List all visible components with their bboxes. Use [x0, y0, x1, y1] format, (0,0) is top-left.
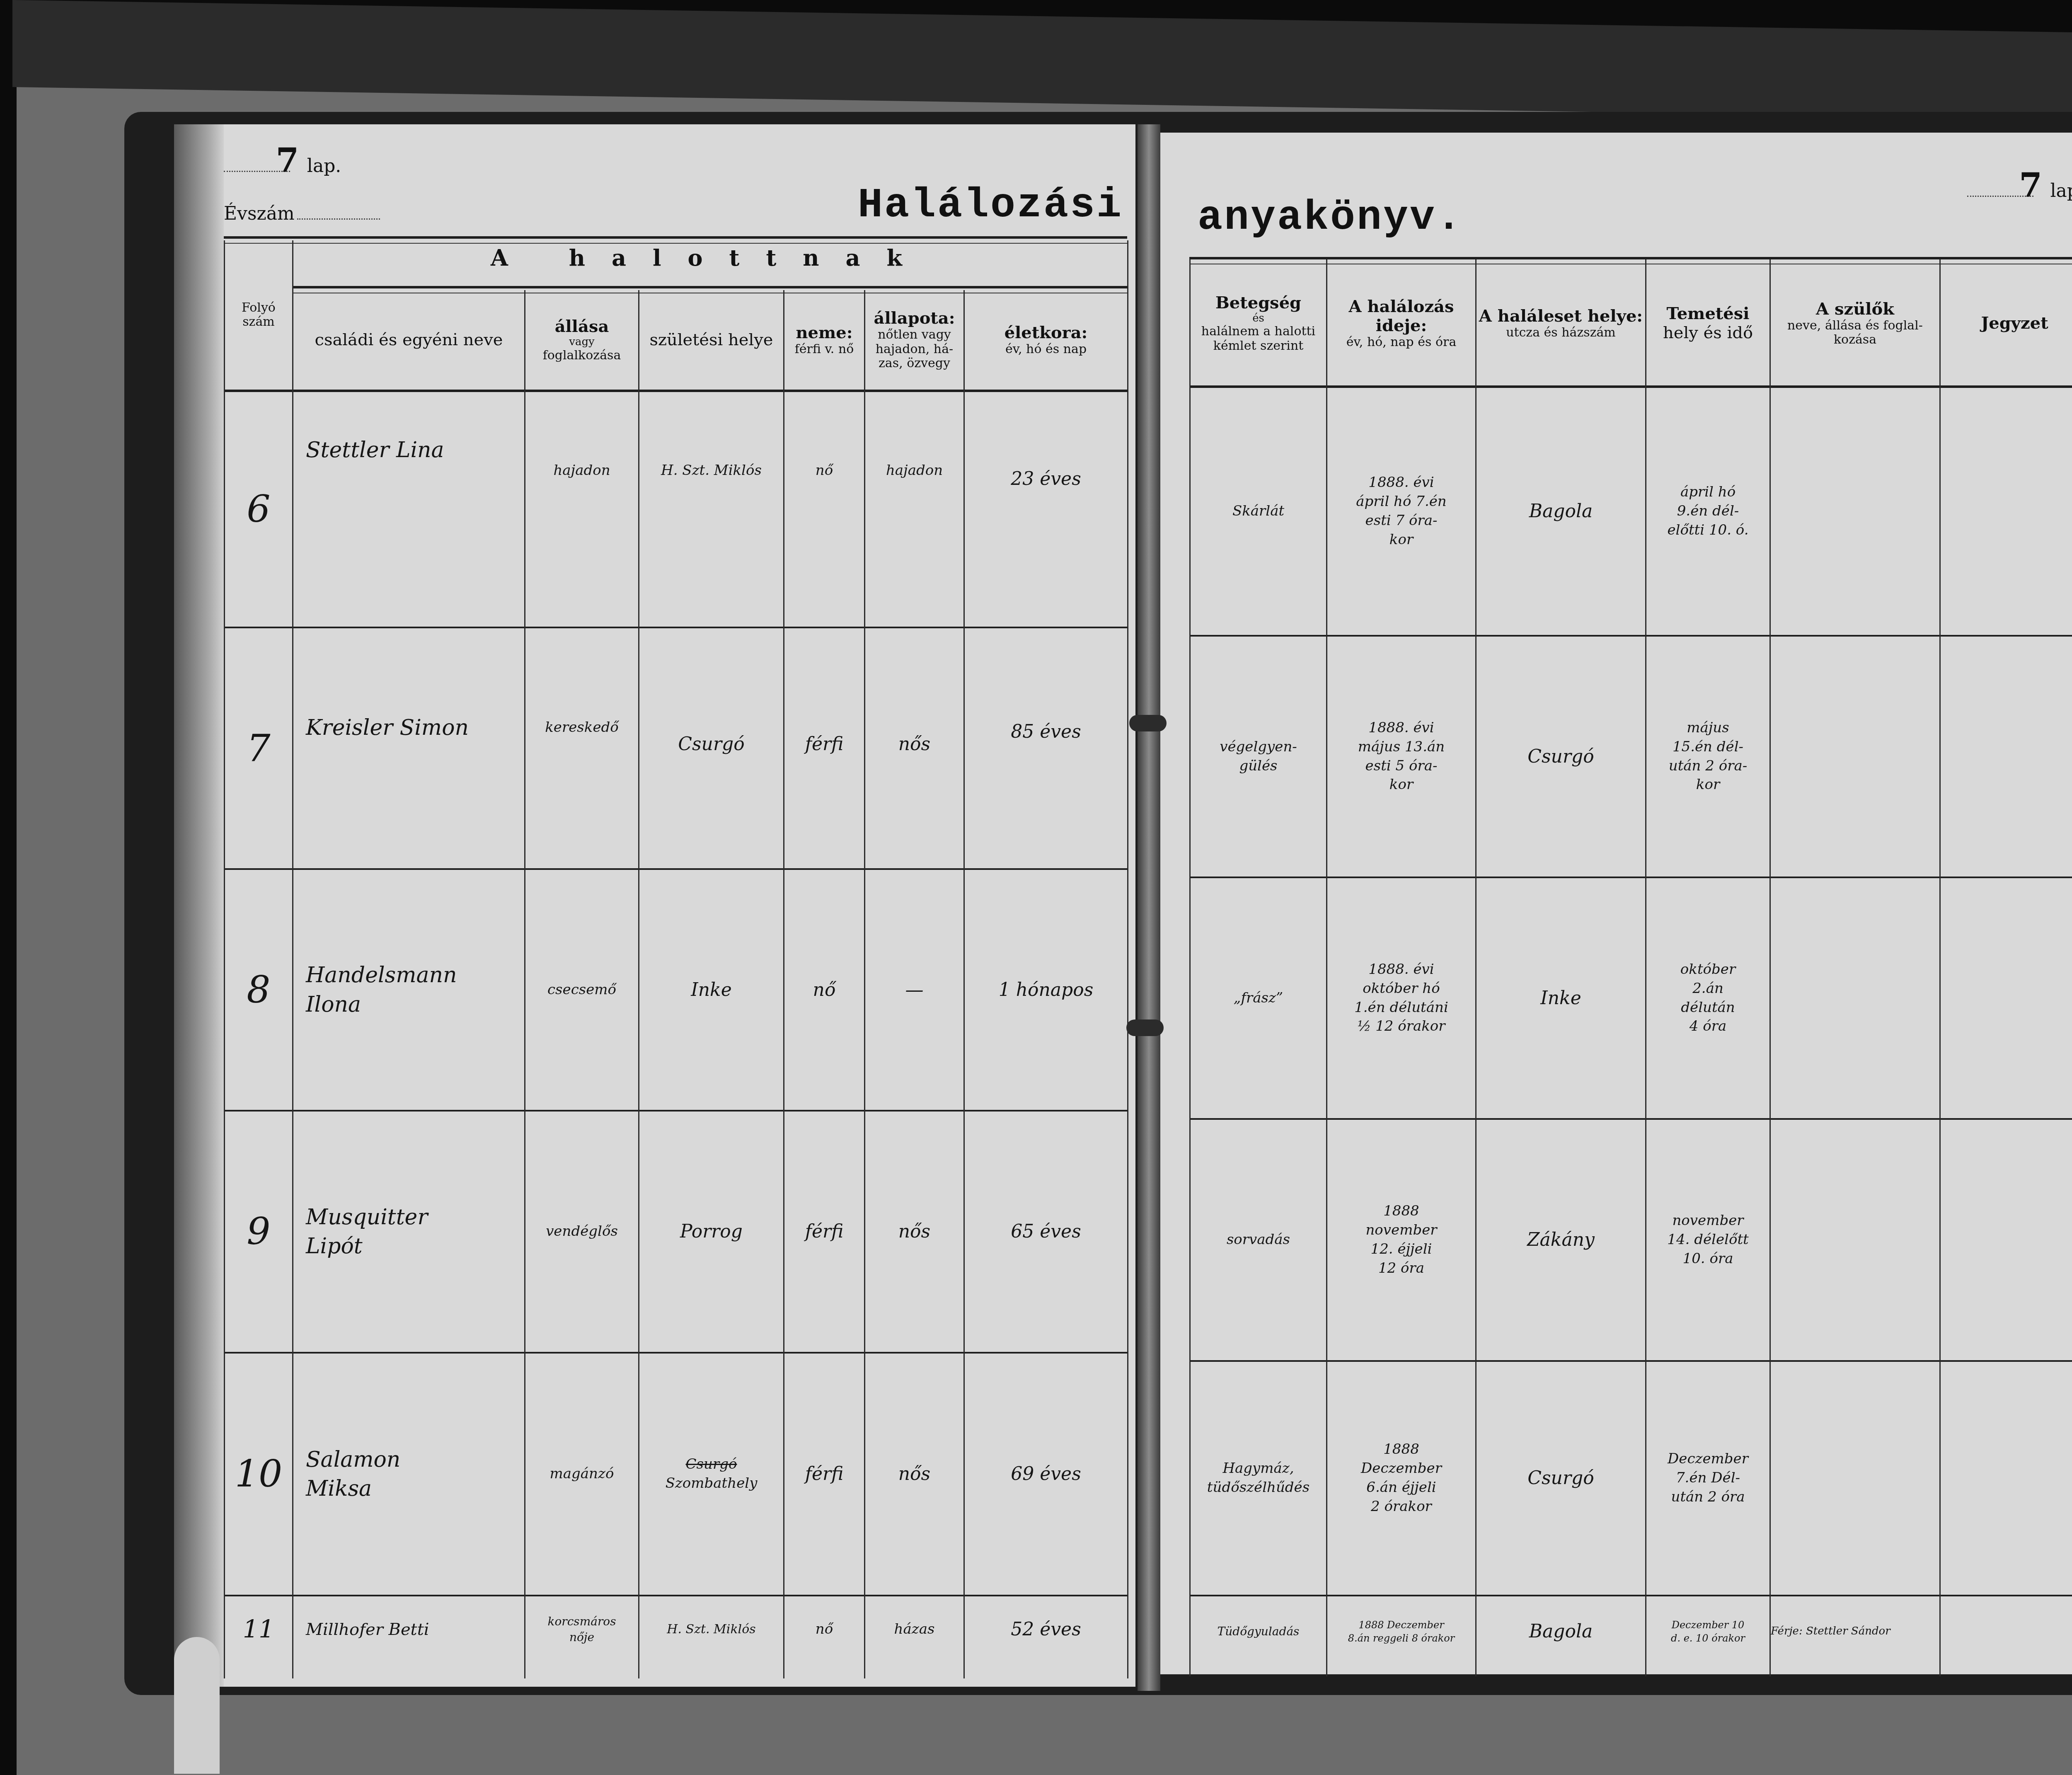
page-number-right: 7 lap.: [1967, 166, 2072, 205]
entry-cause: „frász”: [1191, 878, 1326, 1118]
entry-name: Salamon Miksa: [293, 1354, 537, 1595]
register-title-left: Halálozási: [858, 182, 1123, 229]
header-birthplace: születési helye: [639, 290, 783, 390]
entry-burial: október 2.án délután 4 óra: [1646, 878, 1769, 1118]
entry-sex: nő: [784, 870, 864, 1110]
header-occupation: állása vagy foglalkozása: [525, 290, 638, 390]
entry-birthplace: H. Szt. Miklós: [639, 392, 783, 550]
header-cause-of-death: Betegség és halálnem a halotti kémlet sz…: [1191, 261, 1326, 385]
header-burial: Temetési hely és idő: [1646, 261, 1769, 385]
entry-note: [1941, 1596, 2072, 1667]
entry-death-time: 1888. évi ápril hó 7.én esti 7 óra- kor: [1327, 388, 1475, 635]
entry-age: 52 éves: [965, 1596, 1127, 1663]
entry-death-place: Csurgó: [1477, 637, 1645, 877]
entry-sex: nő: [784, 1596, 864, 1663]
entry-age: 69 éves: [965, 1354, 1127, 1595]
entry-occupation: csecsemő: [525, 870, 638, 1110]
entry-parents: [1771, 878, 1939, 1118]
entry-parents: Férje: Stettler Sándor: [1771, 1596, 1939, 1667]
entry-sex: férfi: [784, 628, 864, 860]
entry-sex: férfi: [784, 1111, 864, 1352]
entry-name: Stettler Lina: [293, 392, 537, 508]
entry-number: 6: [225, 392, 292, 627]
table-top-rule: [224, 236, 1127, 244]
entry-death-place: Inke: [1477, 878, 1645, 1118]
entry-death-place: Csurgó: [1477, 1362, 1645, 1595]
entry-status: nős: [865, 1354, 963, 1595]
entry-burial: Deczember 10 d. e. 10 órakor: [1646, 1596, 1769, 1667]
entry-birthplace: Porrog: [639, 1111, 783, 1352]
header-parents: A szülők neve, állása és foglal-kozása: [1771, 261, 1939, 385]
entry-cause: Skárlát: [1191, 388, 1326, 635]
col-divider: [1127, 240, 1128, 1678]
entry-number: 7: [225, 628, 292, 868]
entry-status: nős: [865, 628, 963, 860]
entry-age: 23 éves: [965, 392, 1127, 566]
header-notes: Jegyzet: [1941, 261, 2072, 385]
page-holder-finger: [174, 1637, 220, 1774]
entry-death-time: 1888 november 12. éjjeli 12 óra: [1327, 1120, 1475, 1360]
header-folyo-szam: Folyó szám: [225, 240, 292, 390]
binding-clip: [1129, 715, 1167, 731]
binding-clip: [1126, 1019, 1164, 1036]
entry-occupation: magánzó: [525, 1354, 638, 1595]
entry-number: 8: [225, 870, 292, 1110]
entry-note: [1941, 388, 2072, 635]
entry-sex: férfi: [784, 1354, 864, 1595]
entry-death-place: Zákány: [1477, 1120, 1645, 1360]
entry-death-place: Bagola: [1477, 1596, 1645, 1667]
entry-status: nős: [865, 1111, 963, 1352]
left-page: 7 lap. Évszám Halálozási A halottnak Fol…: [174, 124, 1135, 1687]
entry-death-time: 1888. évi október hó 1.én délutáni ½ 12 …: [1327, 878, 1475, 1118]
entry-occupation: kereskedő: [525, 628, 638, 827]
entry-cause: Hagymáz, tüdőszélhűdés: [1191, 1362, 1326, 1595]
entry-age: 65 éves: [965, 1111, 1127, 1352]
entry-name: Kreisler Simon: [293, 628, 537, 827]
entry-burial: ápril hó 9.én dél- előtti 10. ó.: [1646, 388, 1769, 635]
entry-death-time: 1888. évi május 13.án esti 5 óra- kor: [1327, 637, 1475, 877]
struck-birthplace: Csurgó: [686, 1455, 737, 1474]
section-header: A halottnak: [292, 245, 1127, 282]
entry-death-place: Bagola: [1477, 388, 1645, 635]
page-number-left: 7 lap.: [224, 141, 341, 180]
entry-name: Millhofer Betti: [293, 1596, 537, 1663]
header-name: családi és egyéni neve: [293, 290, 524, 390]
entry-birthplace: Csurgó: [639, 628, 783, 860]
entry-burial: Deczember 7.én Dél- után 2 óra: [1646, 1362, 1769, 1595]
entry-note: [1941, 1120, 2072, 1360]
entry-birthplace: Inke: [639, 870, 783, 1110]
header-death-place: A haláleset helye: utcza és házszám: [1477, 261, 1645, 385]
entry-parents: [1771, 1120, 1939, 1360]
entry-birthplace: Csurgó Szombathely: [639, 1354, 783, 1595]
entry-parents: [1771, 637, 1939, 877]
entry-occupation: vendéglős: [525, 1111, 638, 1352]
entry-birthplace: H. Szt. Miklós: [639, 1596, 783, 1663]
entry-age: 85 éves: [965, 628, 1127, 835]
header-sex: neme: férfi v. nő: [784, 290, 864, 390]
right-page: anyakönyv. 7 lap. Betegség és halálnem a…: [1160, 133, 2072, 1674]
entry-cause: sorvadás: [1191, 1120, 1326, 1360]
entry-name: Musquitter Lipót: [293, 1111, 537, 1352]
header-age: életkora: év, hó és nap: [965, 290, 1127, 390]
header-death-time: A halálozás ideje: év, hó, nap és óra: [1327, 261, 1475, 385]
entry-parents: [1771, 1362, 1939, 1595]
entry-parents: [1771, 388, 1939, 635]
book-spine: [1138, 124, 1160, 1691]
entry-occupation: korcsmáros nője: [525, 1596, 638, 1663]
entry-note: [1941, 637, 2072, 877]
entry-note: [1941, 1362, 2072, 1595]
gutter-edge: [174, 124, 224, 1687]
entry-status: hajadon: [865, 392, 963, 550]
corrected-birthplace: Szombathely: [666, 1474, 758, 1493]
entry-burial: május 15.én dél- után 2 óra- kor: [1646, 637, 1769, 877]
entry-number: 10: [225, 1354, 292, 1595]
entry-age: 1 hónapos: [965, 870, 1127, 1110]
register-title-right: anyakönyv.: [1198, 195, 1463, 242]
entry-sex: nő: [784, 392, 864, 550]
entry-cause: végelgyen- gülés: [1191, 637, 1326, 877]
header-marital-status: állapota: nőtlen vagy hajadon, há-zas, ö…: [865, 290, 963, 390]
entry-burial: november 14. délelőtt 10. óra: [1646, 1120, 1769, 1360]
entry-status: házas: [865, 1596, 963, 1663]
entry-occupation: hajadon: [525, 392, 638, 550]
entry-status: —: [865, 870, 963, 1110]
entry-number: 11: [225, 1596, 292, 1663]
year-field: Évszám: [224, 203, 380, 224]
entry-name: Handelsmann Ilona: [293, 870, 537, 1110]
entry-death-time: 1888 Deczember 8.án reggeli 8 órakor: [1327, 1596, 1475, 1667]
entry-cause: Tüdőgyuladás: [1191, 1596, 1326, 1667]
entry-death-time: 1888 Deczember 6.án éjjeli 2 órakor: [1327, 1362, 1475, 1595]
entry-note: [1941, 878, 2072, 1118]
entry-number: 9: [225, 1111, 292, 1352]
dotted-line: [297, 218, 380, 220]
